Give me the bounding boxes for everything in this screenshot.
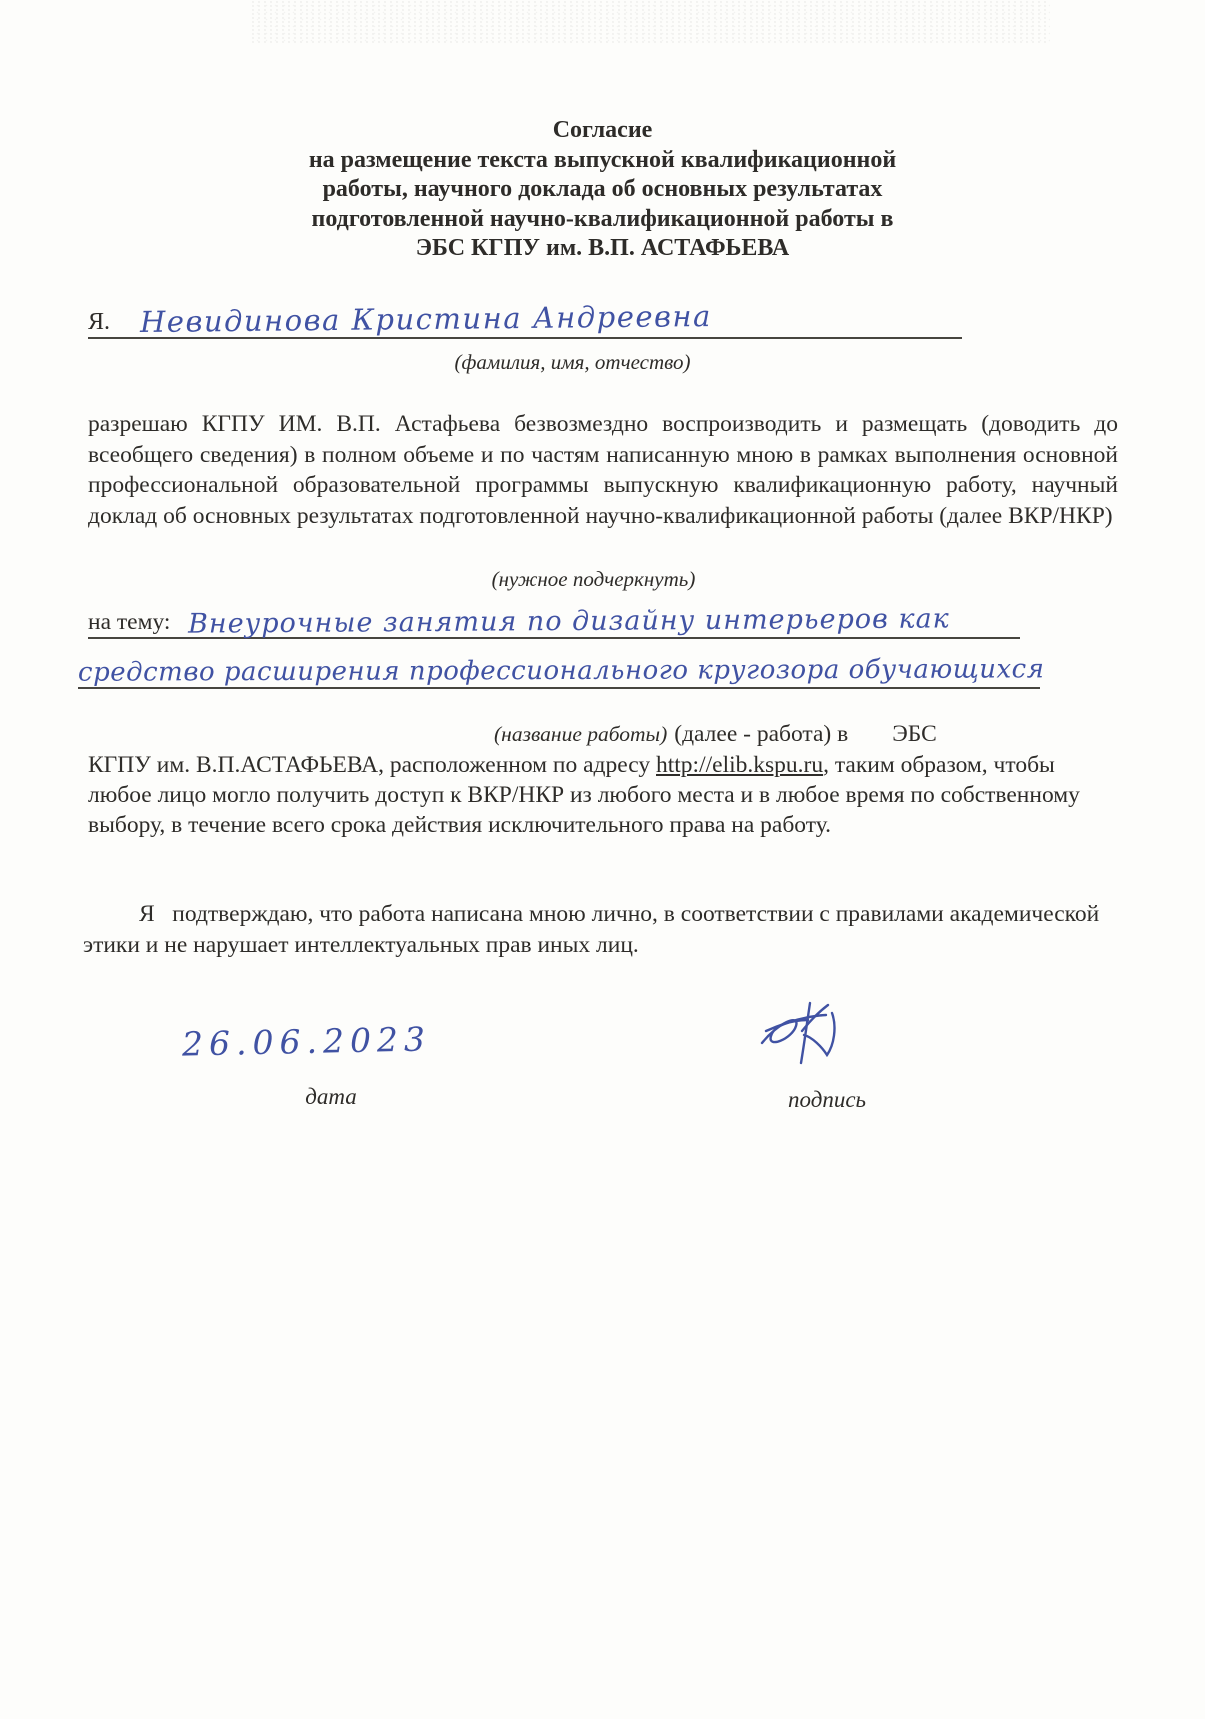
signature-label: подпись — [788, 1087, 866, 1113]
title-line: подготовленной научно-квалификационной р… — [0, 205, 1205, 235]
work-caption-rest: (далее - работа) в — [674, 721, 848, 747]
date-label: дата — [281, 1084, 381, 1110]
permission-paragraph: разрешаю КГПУ ИМ. В.П. Астафьева безвозм… — [88, 409, 1118, 531]
underline-instruction-note: (нужное подчеркнуть) — [0, 567, 1187, 592]
work-name-caption: (название работы) — [494, 722, 667, 746]
title-line: ЭБС КГПУ им. В.П. АСТАФЬЕВА — [0, 234, 1205, 264]
scan-noise-artifact — [250, 0, 1050, 44]
signature-scribble — [750, 993, 862, 1081]
topic-row-1: на тему: Внеурочные занятия по дизайну и… — [88, 597, 1020, 639]
declarant-prefix: Я. — [88, 310, 110, 334]
topic-row-2: средство расширения профессионального кр… — [78, 643, 1040, 689]
topic-handwritten-line2: средство расширения профессионального кр… — [78, 656, 1045, 686]
date-handwritten: 26.06.2023 — [182, 1019, 432, 1063]
confirmation-paragraph: Я подтверждаю, что работа написана мною … — [83, 899, 1118, 960]
declarant-name-row: Я. Невидинова Кристина Андреевна — [88, 294, 962, 339]
topic-handwritten-line1: Внеурочные занятия по дизайну интерьеров… — [188, 605, 950, 637]
declarant-name-handwritten: Невидинова Кристина Андреевна — [140, 302, 712, 337]
title-line: работы, научного доклада об основных рез… — [0, 175, 1205, 205]
title-line: Согласие — [0, 116, 1205, 146]
location-text-before-url: КГПУ им. В.П.АСТАФЬЕВА, расположенном по… — [88, 752, 656, 778]
title-line: на размещение текста выпускной квалифика… — [0, 146, 1205, 176]
work-caption-ebs: ЭБС — [892, 721, 937, 747]
scanned-consent-document: Согласие на размещение текста выпускной … — [0, 0, 1205, 1719]
elib-url-text: http://elib.kspu.ru — [656, 752, 823, 778]
work-title-caption-row: (название работы)(далее - работа) вЭБС — [88, 721, 1118, 748]
document-title: Согласие на размещение текста выпускной … — [0, 116, 1205, 264]
topic-label: на тему: — [88, 609, 170, 635]
location-paragraph: КГПУ им. В.П.АСТАФЬЕВА, расположенном по… — [88, 750, 1118, 840]
name-field-caption: (фамилия, имя, отчество) — [0, 350, 1145, 375]
